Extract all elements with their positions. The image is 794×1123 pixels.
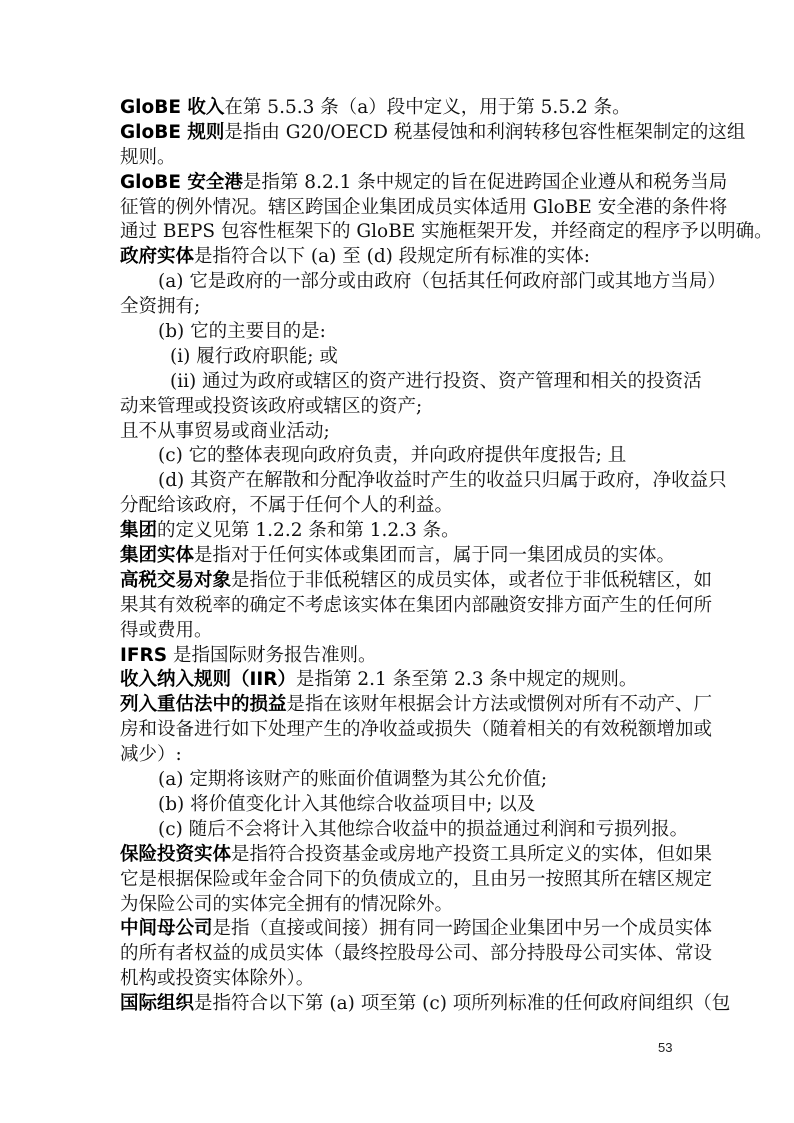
definition-revaluation-gain-loss: 列入重估法中的损益是指在该财年根据会计方法或惯例对所有不动产、厂 — [120, 693, 676, 718]
list-item-d: (d) 其资产在解散和分配净收益时产生的收益只归属于政府，净收益只 — [120, 469, 676, 494]
definition-text: 是指国际财务报告准则。 — [167, 645, 376, 666]
definition-iir: 收入纳入规则（IIR）是指第 2.1 条至第 2.3 条中规定的规则。 — [120, 668, 676, 693]
term-heading: 政府实体 — [120, 246, 194, 267]
list-item-b: (b) 它的主要目的是: — [120, 320, 676, 345]
definition-text-line: 分配给该政府，不属于任何个人的利益。 — [120, 494, 676, 519]
list-item-i: (i) 履行政府职能; 或 — [120, 345, 676, 370]
definition-text: 是指对于任何实体或集团而言，属于同一集团成员的实体。 — [194, 545, 675, 566]
definition-text-line: 为保险公司的实体完全拥有的情况除外。 — [120, 893, 676, 918]
definition-text-line: 它是根据保险或年金合同下的负债成立的，且由另一按照其所在辖区规定 — [120, 868, 676, 893]
term-heading: 高税交易对象 — [120, 570, 231, 591]
definition-globe-rules: GloBE 规则是指由 G20/OECD 税基侵蚀和利润转移包容性框架制定的这组 — [120, 121, 676, 146]
term-heading: GloBE 收入 — [120, 97, 224, 118]
definition-text: 是指符合投资基金或房地产投资工具所定义的实体，但如果 — [231, 844, 712, 865]
definition-text: 是指位于非低税辖区的成员实体，或者位于非低税辖区，如 — [231, 570, 712, 591]
definition-globe-safe-harbour: GloBE 安全港是指第 8.2.1 条中规定的旨在促进跨国企业遵从和税务当局 — [120, 171, 676, 196]
definition-globe-income: GloBE 收入在第 5.5.3 条（a）段中定义，用于第 5.5.2 条。 — [120, 96, 676, 121]
list-item-b: (b) 将价值变化计入其他综合收益项目中; 以及 — [120, 793, 676, 818]
definition-text-line: 得或费用。 — [120, 619, 676, 644]
definition-text: 是指第 2.1 条至第 2.3 条中规定的规则。 — [296, 669, 637, 690]
term-heading: 列入重估法中的损益 — [120, 694, 287, 715]
term-heading: 中间母公司 — [120, 918, 213, 939]
term-heading: 集团 — [120, 520, 157, 541]
definition-governmental-entity: 政府实体是指符合以下 (a) 至 (d) 段规定所有标准的实体: — [120, 245, 676, 270]
definition-text-line: 征管的例外情况。辖区跨国企业集团成员实体适用 GloBE 安全港的条件将 — [120, 196, 676, 221]
definition-text: 是指（直接或间接）拥有同一跨国企业集团中另一个成员实体 — [213, 918, 713, 939]
definition-text-line: 机构或投资实体除外）。 — [120, 967, 676, 992]
term-heading: 保险投资实体 — [120, 844, 231, 865]
definition-text: 是指第 8.2.1 条中规定的旨在促进跨国企业遵从和税务当局 — [243, 172, 727, 193]
definition-text-line: 规则。 — [120, 146, 676, 171]
term-heading: 国际组织 — [120, 993, 194, 1014]
definition-text-line: 果其有效税率的确定不考虑该实体在集团内部融资安排方面产生的任何所 — [120, 594, 676, 619]
list-item-c: (c) 它的整体表现向政府负责，并向政府提供年度报告; 且 — [120, 444, 676, 469]
definition-text: 是指符合以下 (a) 至 (d) 段规定所有标准的实体: — [194, 246, 590, 267]
page-number: 53 — [658, 1040, 672, 1055]
term-heading: GloBE 规则 — [120, 122, 224, 143]
definition-high-tax-counterparty: 高税交易对象是指位于非低税辖区的成员实体，或者位于非低税辖区，如 — [120, 569, 676, 594]
definition-intermediate-parent-entity: 中间母公司是指（直接或间接）拥有同一跨国企业集团中另一个成员实体 — [120, 917, 676, 942]
list-item-a: (a) 它是政府的一部分或由政府（包括其任何政府部门或其地方当局） — [120, 270, 676, 295]
definition-text-line: 全资拥有; — [120, 295, 676, 320]
definition-text-line: 通过 BEPS 包容性框架下的 GloBE 实施框架开发，并经商定的程序予以明确… — [120, 220, 676, 245]
definition-group-entity: 集团实体是指对于任何实体或集团而言，属于同一集团成员的实体。 — [120, 544, 676, 569]
document-page-body: GloBE 收入在第 5.5.3 条（a）段中定义，用于第 5.5.2 条。 G… — [120, 96, 676, 1017]
definition-text: 的定义见第 1.2.2 条和第 1.2.3 条。 — [157, 520, 460, 541]
definition-ifrs: IFRS 是指国际财务报告准则。 — [120, 644, 676, 669]
definition-text-line: 的所有者权益的成员实体（最终控股母公司、部分持股母公司实体、常设 — [120, 942, 676, 967]
definition-text-line: 动来管理或投资该政府或辖区的资产; — [120, 395, 676, 420]
definition-text: 是指符合以下第 (a) 项至第 (c) 项所列标准的任何政府间组织（包 — [194, 993, 730, 1014]
list-item-ii: (ii) 通过为政府或辖区的资产进行投资、资产管理和相关的投资活 — [120, 370, 676, 395]
term-heading: 收入纳入规则（IIR） — [120, 669, 296, 690]
definition-insurance-investment-entity: 保险投资实体是指符合投资基金或房地产投资工具所定义的实体，但如果 — [120, 843, 676, 868]
term-heading: IFRS — [120, 645, 167, 666]
term-heading: 集团实体 — [120, 545, 194, 566]
term-heading: GloBE 安全港 — [120, 172, 243, 193]
definition-text: 是指由 G20/OECD 税基侵蚀和利润转移包容性框架制定的这组 — [224, 122, 745, 143]
list-item-c: (c) 随后不会将计入其他综合收益中的损益通过利润和亏损列报。 — [120, 818, 676, 843]
definition-text-line: 且不从事贸易或商业活动; — [120, 420, 676, 445]
definition-text: 在第 5.5.3 条（a）段中定义，用于第 5.5.2 条。 — [224, 97, 630, 118]
definition-text-line: 减少）: — [120, 743, 676, 768]
definition-international-organisation: 国际组织是指符合以下第 (a) 项至第 (c) 项所列标准的任何政府间组织（包 — [120, 992, 676, 1017]
list-item-a: (a) 定期将该财产的账面价值调整为其公允价值; — [120, 768, 676, 793]
definition-text: 是指在该财年根据会计方法或惯例对所有不动产、厂 — [287, 694, 713, 715]
definition-text-line: 房和设备进行如下处理产生的净收益或损失（随着相关的有效税额增加或 — [120, 718, 676, 743]
definition-group: 集团的定义见第 1.2.2 条和第 1.2.3 条。 — [120, 519, 676, 544]
